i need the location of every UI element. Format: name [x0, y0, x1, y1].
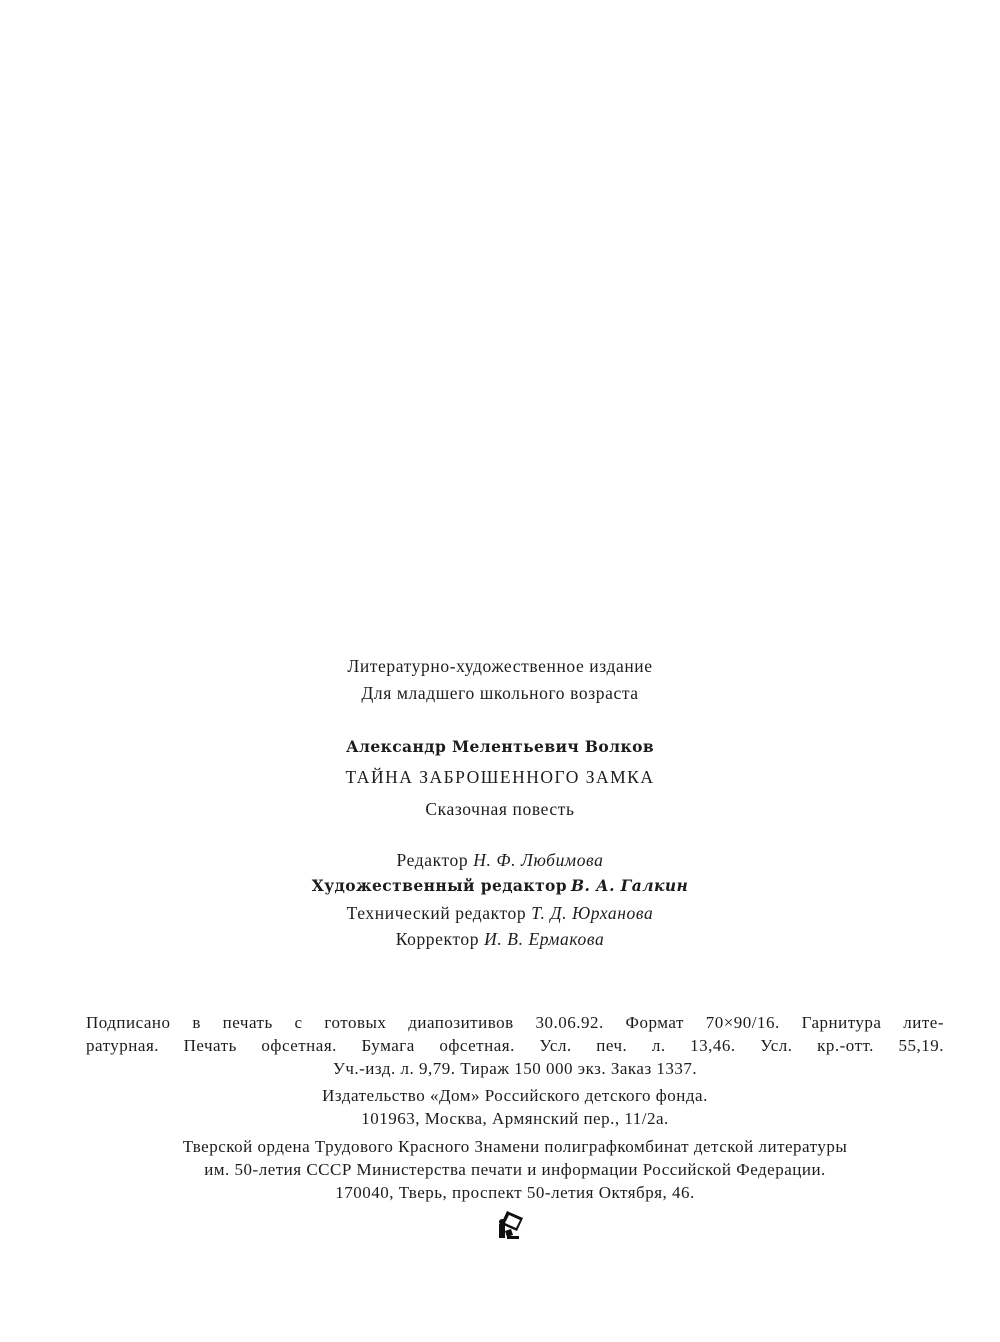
age-group: Для младшего школьного возраста	[0, 683, 1000, 704]
book-subtitle: Сказочная повесть	[0, 799, 1000, 820]
credit-tech-editor: Технический редактор Т. Д. Юрханова	[0, 903, 1000, 924]
credit-person: И. В. Ермакова	[484, 929, 604, 949]
credit-art-editor: Художественный редактор В. А. Галкин	[0, 876, 1000, 896]
credit-role: Редактор	[397, 850, 469, 870]
print-details: Подписано в печать с готовых диапозитиво…	[86, 1011, 944, 1080]
credit-person: Н. Ф. Любимова	[473, 850, 603, 870]
credit-role: Художественный редактор	[312, 876, 567, 895]
printer-line: Тверской ордена Трудового Красного Знаме…	[86, 1135, 944, 1158]
printer-line: 170040, Тверь, проспект 50-летия Октября…	[86, 1181, 944, 1204]
print-line: ратурная. Печать офсетная. Бумага офсетн…	[86, 1034, 944, 1057]
print-line: Подписано в печать с готовых диапозитиво…	[86, 1011, 944, 1034]
author-name: Александр Мелентьевич Волков	[0, 737, 1000, 756]
credit-role: Корректор	[396, 929, 479, 949]
publisher-line: Издательство «Дом» Российского детского …	[86, 1084, 944, 1107]
credit-editor: Редактор Н. Ф. Любимова	[0, 850, 1000, 871]
credit-role: Технический редактор	[347, 903, 527, 923]
publisher-line: 101963, Москва, Армянский пер., 11/2а.	[86, 1107, 944, 1130]
publisher-info: Издательство «Дом» Российского детского …	[86, 1084, 944, 1130]
print-line: Уч.-изд. л. 9,79. Тираж 150 000 экз. Зак…	[86, 1057, 944, 1080]
printer-line: им. 50-летия СССР Министерства печати и …	[86, 1158, 944, 1181]
printer-logo-icon	[493, 1207, 529, 1243]
credit-person: В. А. Галкин	[571, 876, 688, 895]
printer-info: Тверской ордена Трудового Красного Знаме…	[86, 1135, 944, 1204]
credit-proofreader: Корректор И. В. Ермакова	[0, 929, 1000, 950]
edition-type: Литературно-художественное издание	[0, 656, 1000, 677]
credit-person: Т. Д. Юрханова	[531, 903, 653, 923]
book-title: ТАЙНА ЗАБРОШЕННОГО ЗАМКА	[0, 767, 1000, 788]
